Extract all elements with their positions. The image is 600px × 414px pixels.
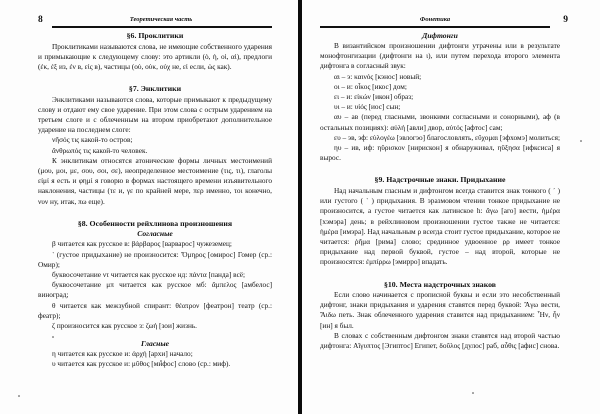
page-number: 8: [38, 15, 43, 25]
section-heading-7: §7. Энклитики: [38, 84, 272, 95]
running-head-title: Фонетика: [320, 16, 550, 23]
paragraph: ηυ – ив, иф: ηὕρισκον [нирискон] я обнар…: [320, 143, 560, 163]
rule-line: ει – и: εἰκών [икон] образ;: [320, 92, 560, 102]
rule-line: β читается как русское в: βάρβαρος [варв…: [38, 239, 272, 249]
book-spread: 8 Теоретическая часть §6. Проклитики Про…: [0, 0, 600, 414]
scan-speck: [52, 336, 54, 338]
paragraph: К энклитикам относятся атонические формы…: [38, 156, 272, 207]
section-heading-8: §8. Особенности рейхлинова произношения: [38, 219, 272, 230]
running-head-title: Теоретическая часть: [50, 16, 272, 23]
rule-line: θ читается как межзубной спирант: θέατρο…: [38, 301, 272, 321]
rule-line: οι – и: οἶκος [икос] дом;: [320, 82, 560, 92]
section-heading-6: §6. Проклитики: [38, 31, 272, 42]
scan-speck: [472, 392, 474, 394]
example-line: ἄνθρωπός τις какой-то человек.: [38, 146, 272, 156]
paragraph: Энклитиками называются слова, которые пр…: [38, 95, 272, 136]
right-running-head: Фонетика 9: [320, 15, 560, 27]
rule-line: υ читается как русское и: μῦθος [мифос] …: [38, 359, 272, 369]
rule-line: αι – э: καινός [кэнос] новый;: [320, 72, 560, 82]
rule-line: буквосочетание μπ читается как русское м…: [38, 280, 272, 300]
paragraph: В византийском произношении дифтонги утр…: [320, 41, 560, 72]
book-gutter: [298, 0, 302, 414]
section-heading-9: §9. Надстрочные знаки. Придыхание: [320, 175, 560, 186]
paragraph: В словах с собственным дифтонгом знаки с…: [320, 331, 560, 351]
header-rule: [52, 26, 272, 28]
left-running-head: 8 Теоретическая часть: [38, 15, 272, 27]
rule-line: υι – и: υἱός [иос] сын;: [320, 102, 560, 112]
section-heading-10: §10. Места надстрочных знаков: [320, 280, 560, 291]
subheading-vowels: Гласные: [38, 339, 272, 349]
paragraph: ευ – эв, эф: εὐλογέω [эвлогэо] благослов…: [320, 133, 560, 143]
header-rule: [320, 26, 550, 28]
paragraph: Проклитиками называются слова, не имеющи…: [38, 42, 272, 73]
subheading-consonants: Согласные: [38, 229, 272, 239]
rule-line: ζ произносится как русское з: ζωή [зои] …: [38, 321, 272, 331]
scan-speck: [580, 140, 582, 142]
left-page: 8 Теоретическая часть §6. Проклитики Про…: [38, 0, 272, 414]
rule-line: ῾ (густое придыхание) не произносится: Ὅ…: [38, 250, 272, 270]
paragraph: Над начальным гласным и дифтонгом всегда…: [320, 186, 560, 268]
rule-line: буквосочетание ντ читается как русское н…: [38, 270, 272, 280]
scan-speck: [160, 360, 162, 362]
paragraph: αυ – ав (перед гласными, звонкими соглас…: [320, 112, 560, 132]
right-page-body: Дифтонги В византийском произношении диф…: [320, 31, 560, 351]
scan-speck: [18, 395, 20, 397]
paragraph: Если слово начинается с прописной буквы …: [320, 290, 560, 331]
example-line: νῆσός τις какой-то остров;: [38, 135, 272, 145]
right-page: Фонетика 9 Дифтонги В византийском произ…: [320, 0, 560, 414]
left-page-body: §6. Проклитики Проклитиками называются с…: [38, 31, 272, 370]
page-number: 9: [563, 15, 568, 25]
subheading-diphthongs: Дифтонги: [320, 31, 560, 41]
rule-line: η читается как русское и: ἀρχή [архи] на…: [38, 349, 272, 359]
